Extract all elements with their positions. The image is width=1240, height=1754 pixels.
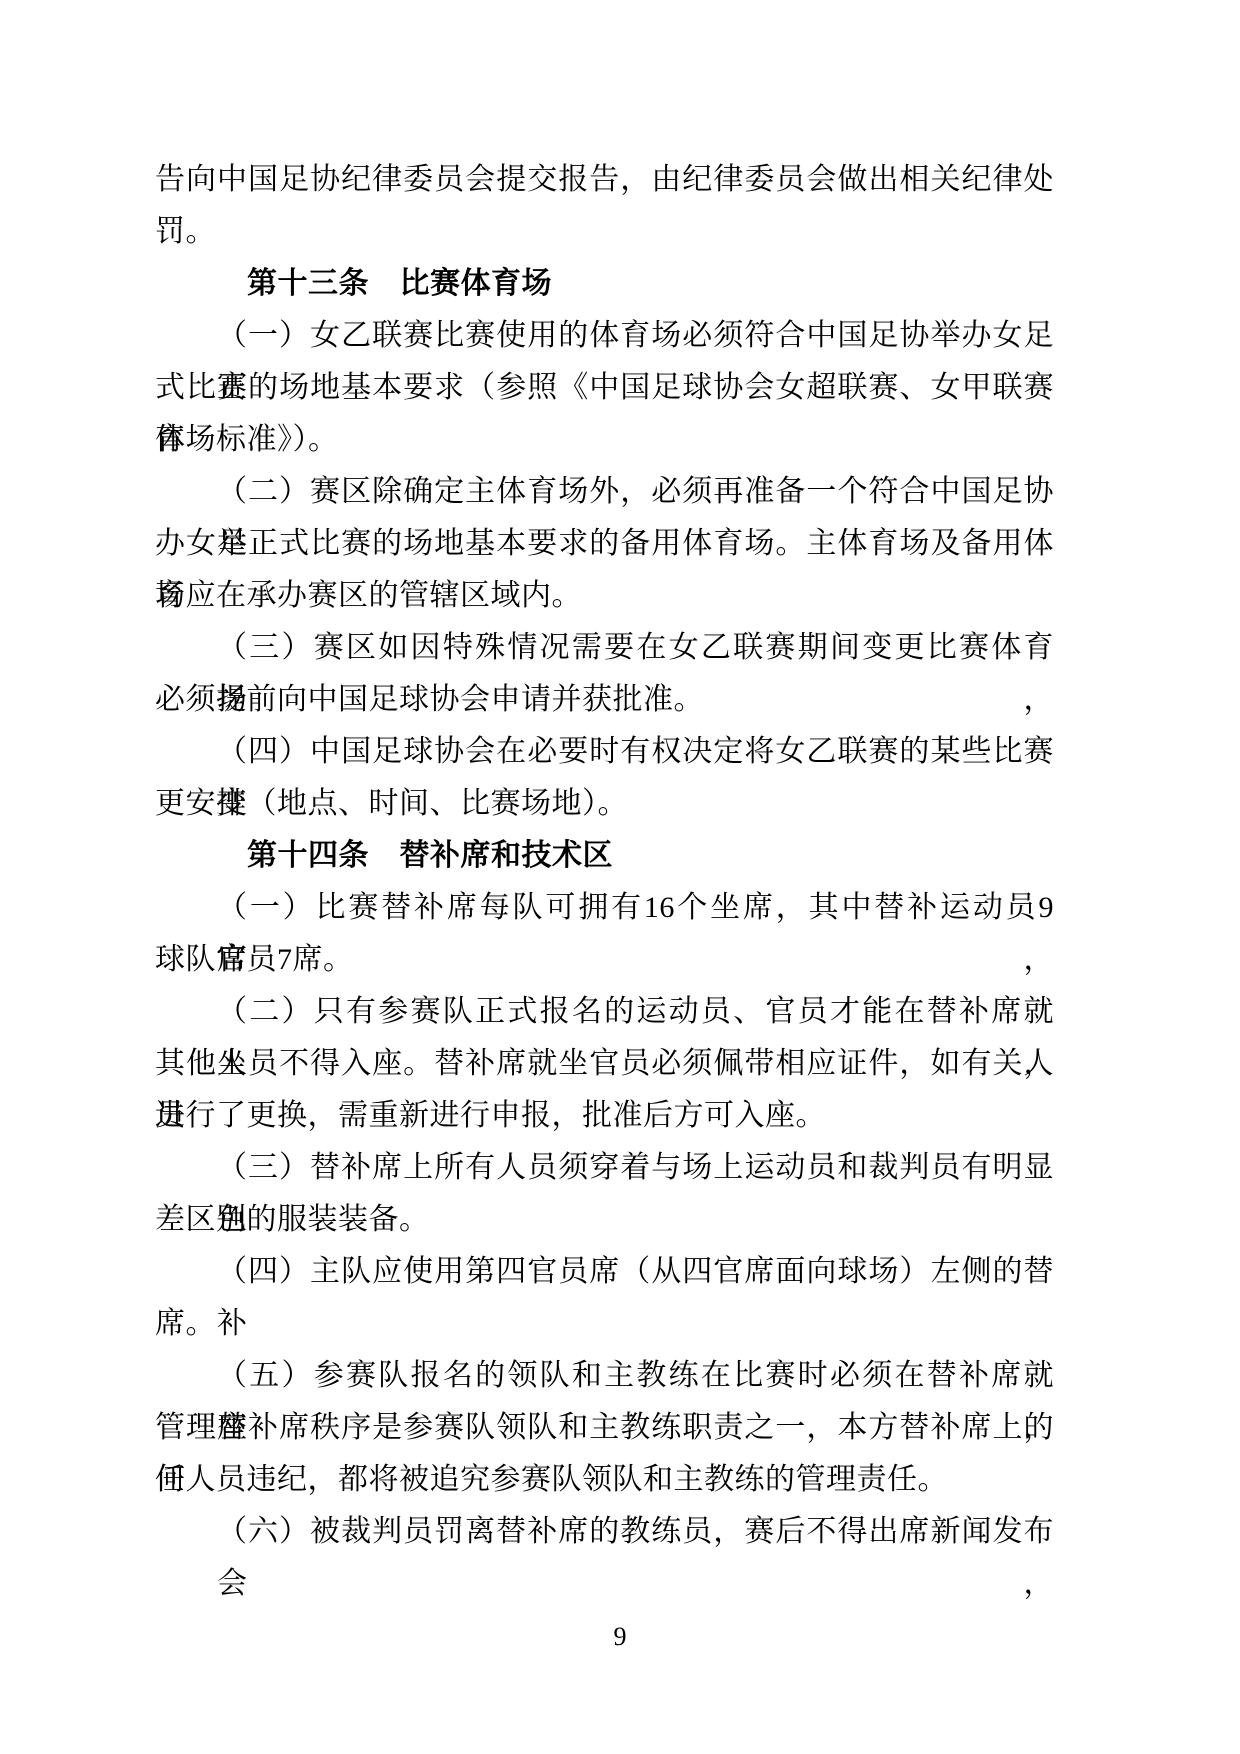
- text-line: （五）参赛队报名的领队和主教练在比赛时必须在替补席就座，: [155, 1350, 1054, 1402]
- text-line: 场应在承办赛区的管辖区域内。: [155, 570, 1054, 622]
- text-line: 告向中国足协纪律委员会提交报告，由纪律委员会做出相关纪律处: [155, 154, 1054, 206]
- text-line: （二）赛区除确定主体育场外，必须再准备一个符合中国足协举: [155, 466, 1054, 518]
- text-line: 罚。: [155, 206, 1054, 258]
- text-line: （六）被裁判员罚离替补席的教练员，赛后不得出席新闻发布会，: [155, 1506, 1054, 1558]
- text-line: （一）女乙联赛比赛使用的体育场必须符合中国足协举办女足正: [155, 310, 1054, 362]
- text-block: 告向中国足协纪律委员会提交报告，由纪律委员会做出相关纪律处罚。第十三条 比赛体育…: [155, 154, 1054, 1558]
- text-line: （四）主队应使用第四官员席（从四官席面向球场）左侧的替补: [155, 1246, 1054, 1298]
- text-line: （三）替补席上所有人员须穿着与场上运动员和裁判员有明显色: [155, 1142, 1054, 1194]
- text-line: 其他人员不得入座。替补席就坐官员必须佩带相应证件，如有关人员: [155, 1038, 1054, 1090]
- text-line: 席。: [155, 1298, 1054, 1350]
- section-heading: 第十四条 替补席和技术区: [155, 830, 1054, 882]
- text-line: 式比赛的场地基本要求（参照《中国足球协会女超联赛、女甲联赛体: [155, 362, 1054, 414]
- text-line: （一）比赛替补席每队可拥有16个坐席，其中替补运动员9席，: [155, 882, 1054, 934]
- text-line: （三）赛区如因特殊情况需要在女乙联赛期间变更比赛体育场，: [155, 622, 1054, 674]
- document-page: 告向中国足协纪律委员会提交报告，由纪律委员会做出相关纪律处罚。第十三条 比赛体育…: [0, 0, 1240, 1754]
- text-line: 办女足正式比赛的场地基本要求的备用体育场。主体育场及备用体育: [155, 518, 1054, 570]
- text-line: 更安排（地点、时间、比赛场地）。: [155, 778, 1054, 830]
- text-line: 进行了更换，需重新进行申报，批准后方可入座。: [155, 1090, 1054, 1142]
- text-line: （四）中国足球协会在必要时有权决定将女乙联赛的某些比赛变: [155, 726, 1054, 778]
- page-number: 9: [0, 1620, 1240, 1654]
- text-line: 差区别的服装装备。: [155, 1194, 1054, 1246]
- text-line: （二）只有参赛队正式报名的运动员、官员才能在替补席就坐，: [155, 986, 1054, 1038]
- text-line: 育场标准》）。: [155, 414, 1054, 466]
- text-line: 管理替补席秩序是参赛队领队和主教练职责之一，本方替补席上的任: [155, 1402, 1054, 1454]
- text-line: 何人员违纪，都将被追究参赛队领队和主教练的管理责任。: [155, 1454, 1054, 1506]
- section-heading: 第十三条 比赛体育场: [155, 258, 1054, 310]
